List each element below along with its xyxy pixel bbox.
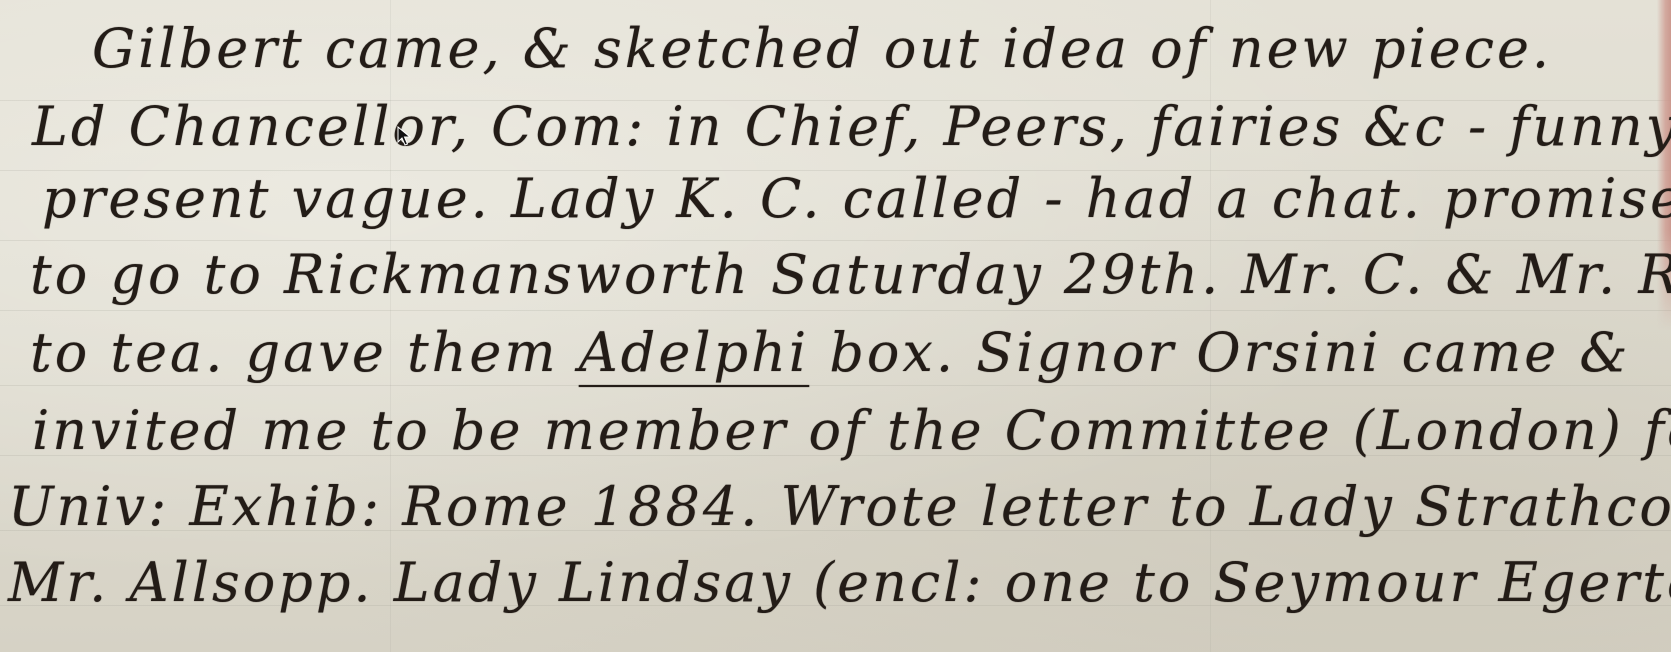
ruled-line	[0, 385, 1671, 386]
handwritten-line-7: Univ: Exhib: Rome 1884. Wrote letter to …	[8, 480, 1671, 534]
handwritten-line-6: invited me to be member of the Committee…	[32, 404, 1671, 458]
line-5-text-before: to tea. gave them	[30, 321, 579, 384]
handwritten-line-5: to tea. gave them Adelphi box. Signor Or…	[30, 326, 1630, 380]
arrow-pointer-icon	[397, 126, 411, 146]
underlined-word-adelphi: Adelphi	[579, 321, 809, 384]
handwritten-line-2: Ld Chancellor, Com: in Chief, Peers, fai…	[32, 100, 1671, 154]
line-5-text-after: box. Signor Orsini came &	[809, 321, 1630, 384]
handwritten-line-1: Gilbert came, & sketched out idea of new…	[92, 22, 1552, 76]
diary-page: Gilbert came, & sketched out idea of new…	[0, 0, 1671, 652]
handwritten-line-3: present vague. Lady K. C. called - had a…	[42, 172, 1671, 226]
ruled-line	[0, 310, 1671, 311]
handwritten-line-4: to go to Rickmansworth Saturday 29th. Mr…	[30, 248, 1671, 302]
handwritten-line-8: Mr. Allsopp. Lady Lindsay (encl: one to …	[8, 556, 1671, 610]
ruled-line	[0, 240, 1671, 241]
